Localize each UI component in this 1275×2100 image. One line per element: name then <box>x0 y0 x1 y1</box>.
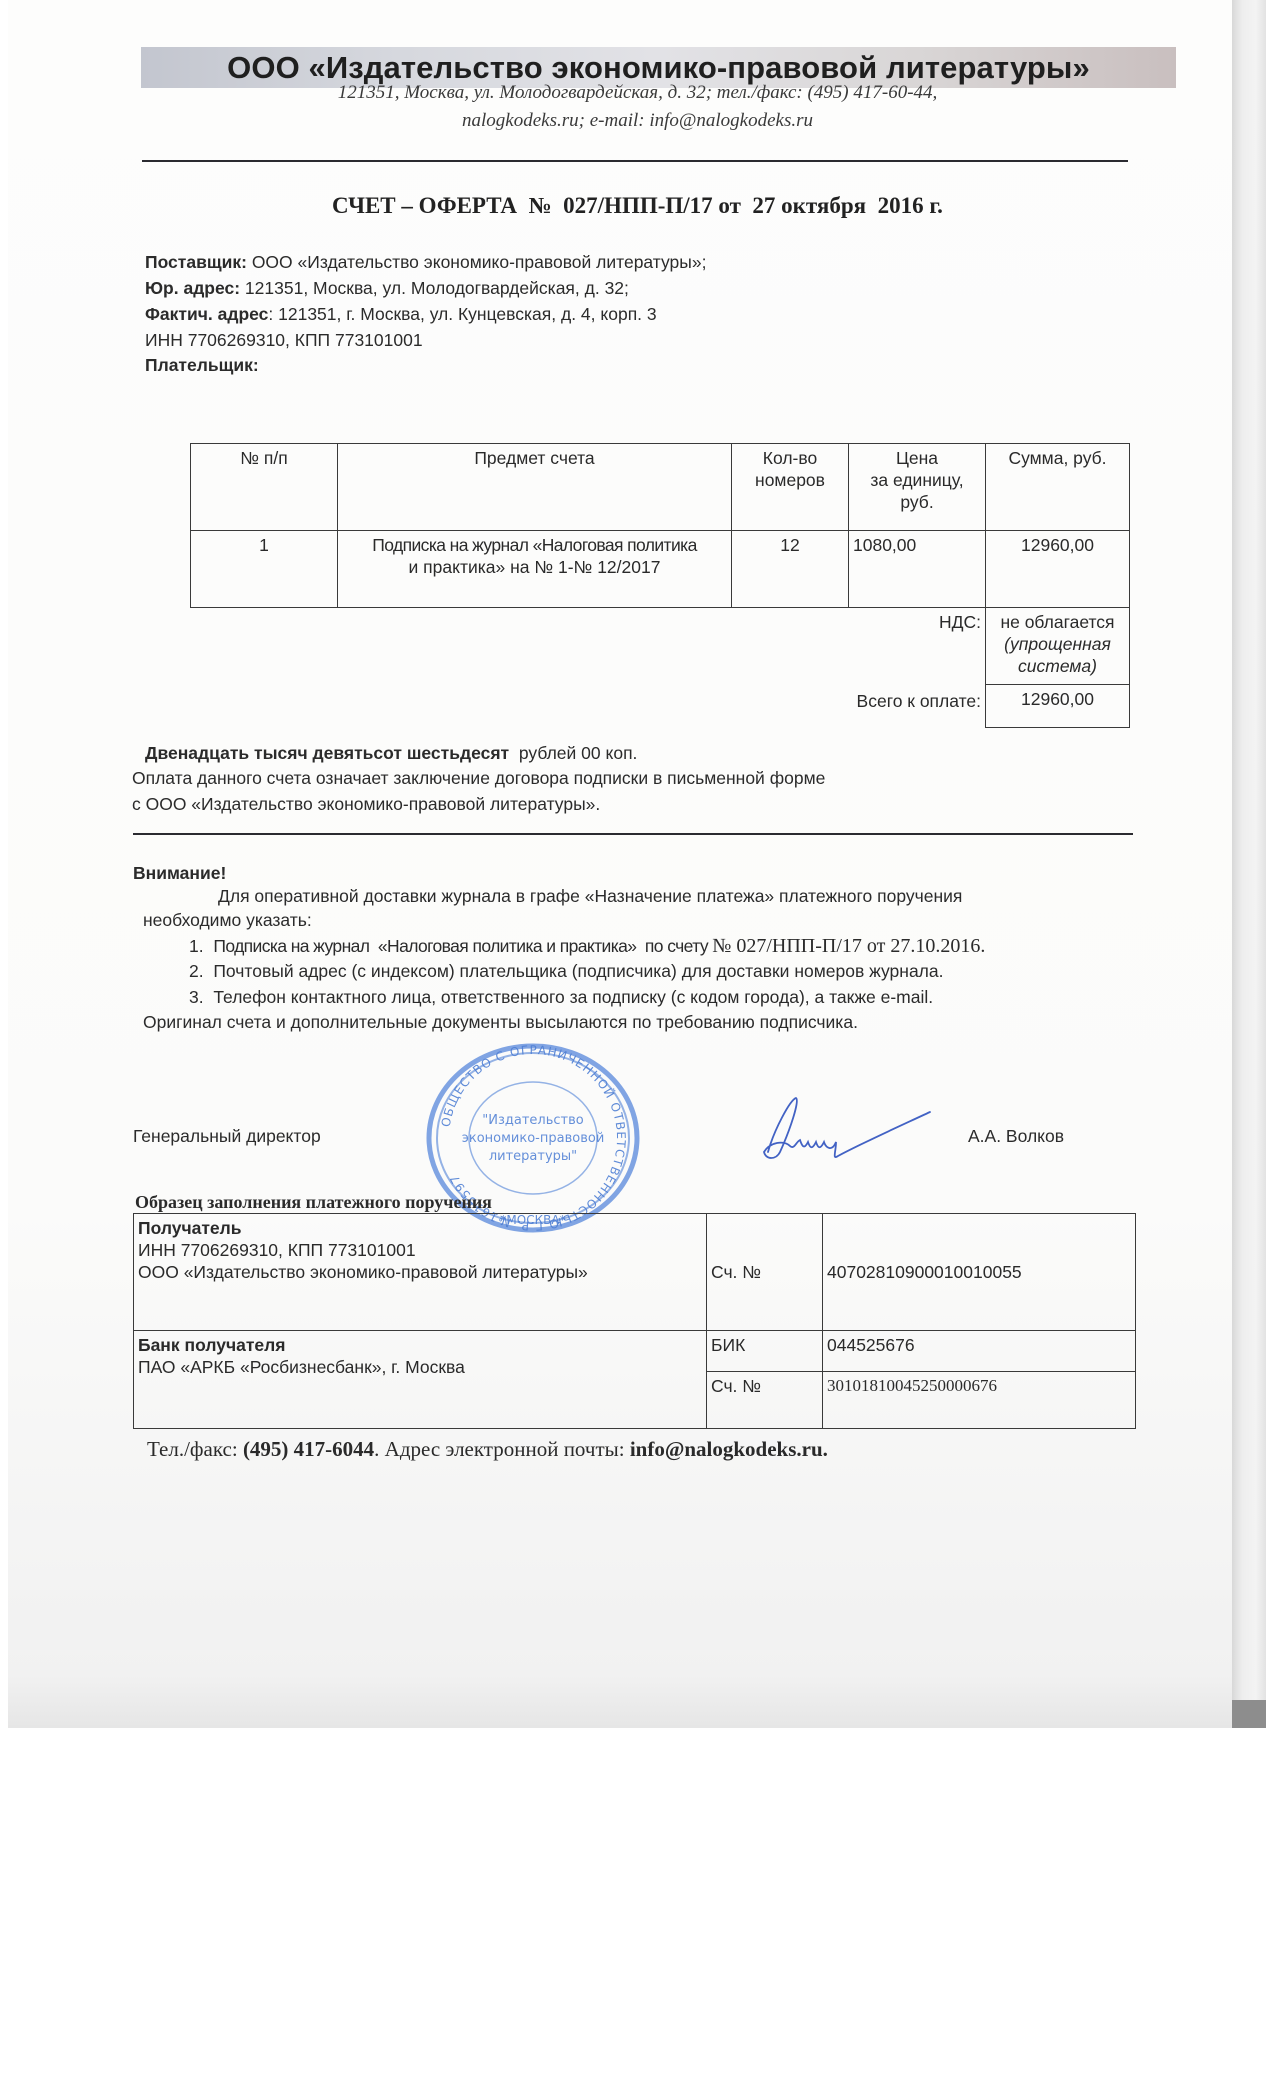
attention-closing: Оригинал счета и дополнительные документ… <box>143 1012 858 1033</box>
actual-address-line: Фактич. адрес: 121351, г. Москва, ул. Ку… <box>145 304 657 325</box>
vat-value: не облагается (упрощенная система) <box>986 608 1130 685</box>
supplier-value: ООО «Издательство экономико-правовой лит… <box>247 252 707 272</box>
stamp-center-line2: экономико-правовой <box>462 1131 605 1146</box>
header-qty-line2: номеров <box>736 469 844 491</box>
item-2-text: Почтовый адрес (с индексом) плательщика … <box>213 961 943 981</box>
actual-address-value: : 121351, г. Москва, ул. Кунцевская, д. … <box>268 304 656 324</box>
recipient-cell: Получатель ИНН 7706269310, КПП 773101001… <box>134 1214 707 1331</box>
attention-item-1: 1. Подписка на журнал «Налоговая политик… <box>189 935 985 958</box>
header-price-line2: за единицу, <box>853 469 981 491</box>
payer-label: Плательщик: <box>145 355 259 376</box>
table-row: 1 Подписка на журнал «Налоговая политика… <box>191 531 1130 608</box>
corr-account-label: Сч. № <box>707 1372 823 1429</box>
recipient-inn-kpp: ИНН 7706269310, КПП 773101001 <box>138 1239 702 1261</box>
vat-value-text: не облагается <box>990 611 1125 633</box>
header-subject: Предмет счета <box>338 444 732 531</box>
legal-address-label: Юр. адрес: <box>145 278 240 298</box>
signature-icon <box>750 1090 940 1170</box>
footer-email-prefix: . Адрес электронной почты: <box>374 1437 630 1461</box>
letterhead-address: 121351, Москва, ул. Молодогвардейская, д… <box>0 82 1275 104</box>
bank-name: ПАО «АРКБ «Росбизнесбанк», г. Москва <box>138 1356 702 1378</box>
row-qty: 12 <box>732 531 849 608</box>
row-num: 1 <box>191 531 338 608</box>
vat-label: НДС: <box>849 608 986 685</box>
header-qty: Кол-во номеров <box>732 444 849 531</box>
signatory-name: А.А. Волков <box>968 1126 1064 1147</box>
total-label: Всего к оплате: <box>732 685 986 728</box>
footer-phone: (495) 417-6044 <box>243 1437 374 1461</box>
total-value: 12960,00 <box>986 685 1130 728</box>
bik-label: БИК <box>707 1331 823 1372</box>
offer-note-line1: Оплата данного счета означает заключение… <box>132 768 825 789</box>
row-sum: 12960,00 <box>986 531 1130 608</box>
document-title: СЧЕТ – ОФЕРТА № 027/НПП-П/17 от 27 октяб… <box>0 193 1275 219</box>
payment-sample-table: Получатель ИНН 7706269310, КПП 773101001… <box>133 1213 1136 1429</box>
letterhead-web-email: nalogkodeks.ru; e-mail: info@nalogkodeks… <box>0 110 1275 132</box>
header-price: Цена за единицу, руб. <box>849 444 986 531</box>
legal-address-line: Юр. адрес: 121351, Москва, ул. Молодогва… <box>145 278 629 299</box>
item-3-text: Телефон контактного лица, ответственного… <box>213 987 933 1007</box>
recipient-row: Получатель ИНН 7706269310, КПП 773101001… <box>134 1214 1136 1331</box>
attention-item-2: 2. Почтовый адрес (с индексом) плательщи… <box>189 961 944 982</box>
footer-phone-prefix: Тел./факс: <box>147 1437 243 1461</box>
offer-note-line2: с ООО «Издательство экономико-правовой л… <box>132 794 600 815</box>
recipient-name: ООО «Издательство экономико-правовой лит… <box>138 1261 702 1283</box>
stamp-center-line3: литературы" <box>489 1149 577 1164</box>
item-3-num: 3. <box>189 987 204 1007</box>
actual-address-label: Фактич. адрес <box>145 304 268 324</box>
invoice-table-header: № п/п Предмет счета Кол-во номеров Цена … <box>191 444 1130 531</box>
attention-item-3: 3. Телефон контактного лица, ответственн… <box>189 987 933 1008</box>
header-price-line3: руб. <box>853 491 981 513</box>
vat-note-line2: система) <box>990 655 1125 677</box>
signatory-position: Генеральный директор <box>133 1126 321 1147</box>
attention-heading: Внимание! <box>133 863 226 884</box>
scanner-edge-shadow <box>1232 1700 1266 1728</box>
row-subject: Подписка на журнал «Налоговая политика и… <box>338 531 732 608</box>
legal-address-value: 121351, Москва, ул. Молодогвардейская, д… <box>240 278 629 298</box>
attention-intro-line1: Для оперативной доставки журнала в графе… <box>218 886 962 907</box>
amount-in-words: Двенадцать тысяч девятьсот шестьдесят ру… <box>145 743 637 764</box>
bank-row: Банк получателя ПАО «АРКБ «Росбизнесбанк… <box>134 1331 1136 1372</box>
header-price-line1: Цена <box>853 447 981 469</box>
invoice-table: № п/п Предмет счета Кол-во номеров Цена … <box>190 443 1130 728</box>
header-sum: Сумма, руб. <box>986 444 1130 531</box>
vat-row: НДС: не облагается (упрощенная система) <box>191 608 1130 685</box>
row-subject-line1: Подписка на журнал «Налоговая политика <box>342 534 727 556</box>
item-2-num: 2. <box>189 961 204 981</box>
inn-kpp-line: ИНН 7706269310, КПП 773101001 <box>145 330 423 351</box>
scanner-edge-strip <box>1232 0 1266 1728</box>
row-price: 1080,00 <box>849 531 986 608</box>
bank-cell: Банк получателя ПАО «АРКБ «Росбизнесбанк… <box>134 1331 707 1429</box>
header-num: № п/п <box>191 444 338 531</box>
item-1-num: 1. <box>189 936 204 956</box>
item-1-text: Подписка на журнал «Налоговая политика и… <box>213 936 712 956</box>
attention-intro-line2: необходимо указать: <box>143 910 312 931</box>
account-value: 40702810900010010055 <box>823 1214 1136 1331</box>
vat-note-line1: (упрощенная <box>990 633 1125 655</box>
item-1-ref: № 027/НПП-П/17 от 27.10.2016. <box>712 935 985 957</box>
footer-contact: Тел./факс: (495) 417-6044. Адрес электро… <box>147 1437 828 1462</box>
bank-label: Банк получателя <box>138 1334 702 1356</box>
total-row: Всего к оплате: 12960,00 <box>191 685 1130 728</box>
amount-suffix: рублей 00 коп. <box>509 743 637 763</box>
row-subject-line2: и практика» на № 1-№ 12/2017 <box>342 556 727 578</box>
amount-words: Двенадцать тысяч девятьсот шестьдесят <box>145 743 509 763</box>
bik-value: 044525676 <box>823 1331 1136 1372</box>
header-qty-line1: Кол-во <box>736 447 844 469</box>
footer-email-link[interactable]: info@nalogkodeks.ru. <box>630 1437 828 1461</box>
stamp-center-line1: "Издательство <box>482 1113 583 1128</box>
section-divider <box>133 833 1133 835</box>
recipient-label: Получатель <box>138 1217 702 1239</box>
payment-sample-caption: Образец заполнения платежного поручения <box>135 1192 492 1213</box>
supplier-line: Поставщик: ООО «Издательство экономико-п… <box>145 252 706 273</box>
corr-account-value: 30101810045250000676 <box>823 1372 1136 1429</box>
letterhead-divider <box>142 160 1128 162</box>
supplier-label: Поставщик: <box>145 252 247 272</box>
account-label: Сч. № <box>707 1214 823 1331</box>
